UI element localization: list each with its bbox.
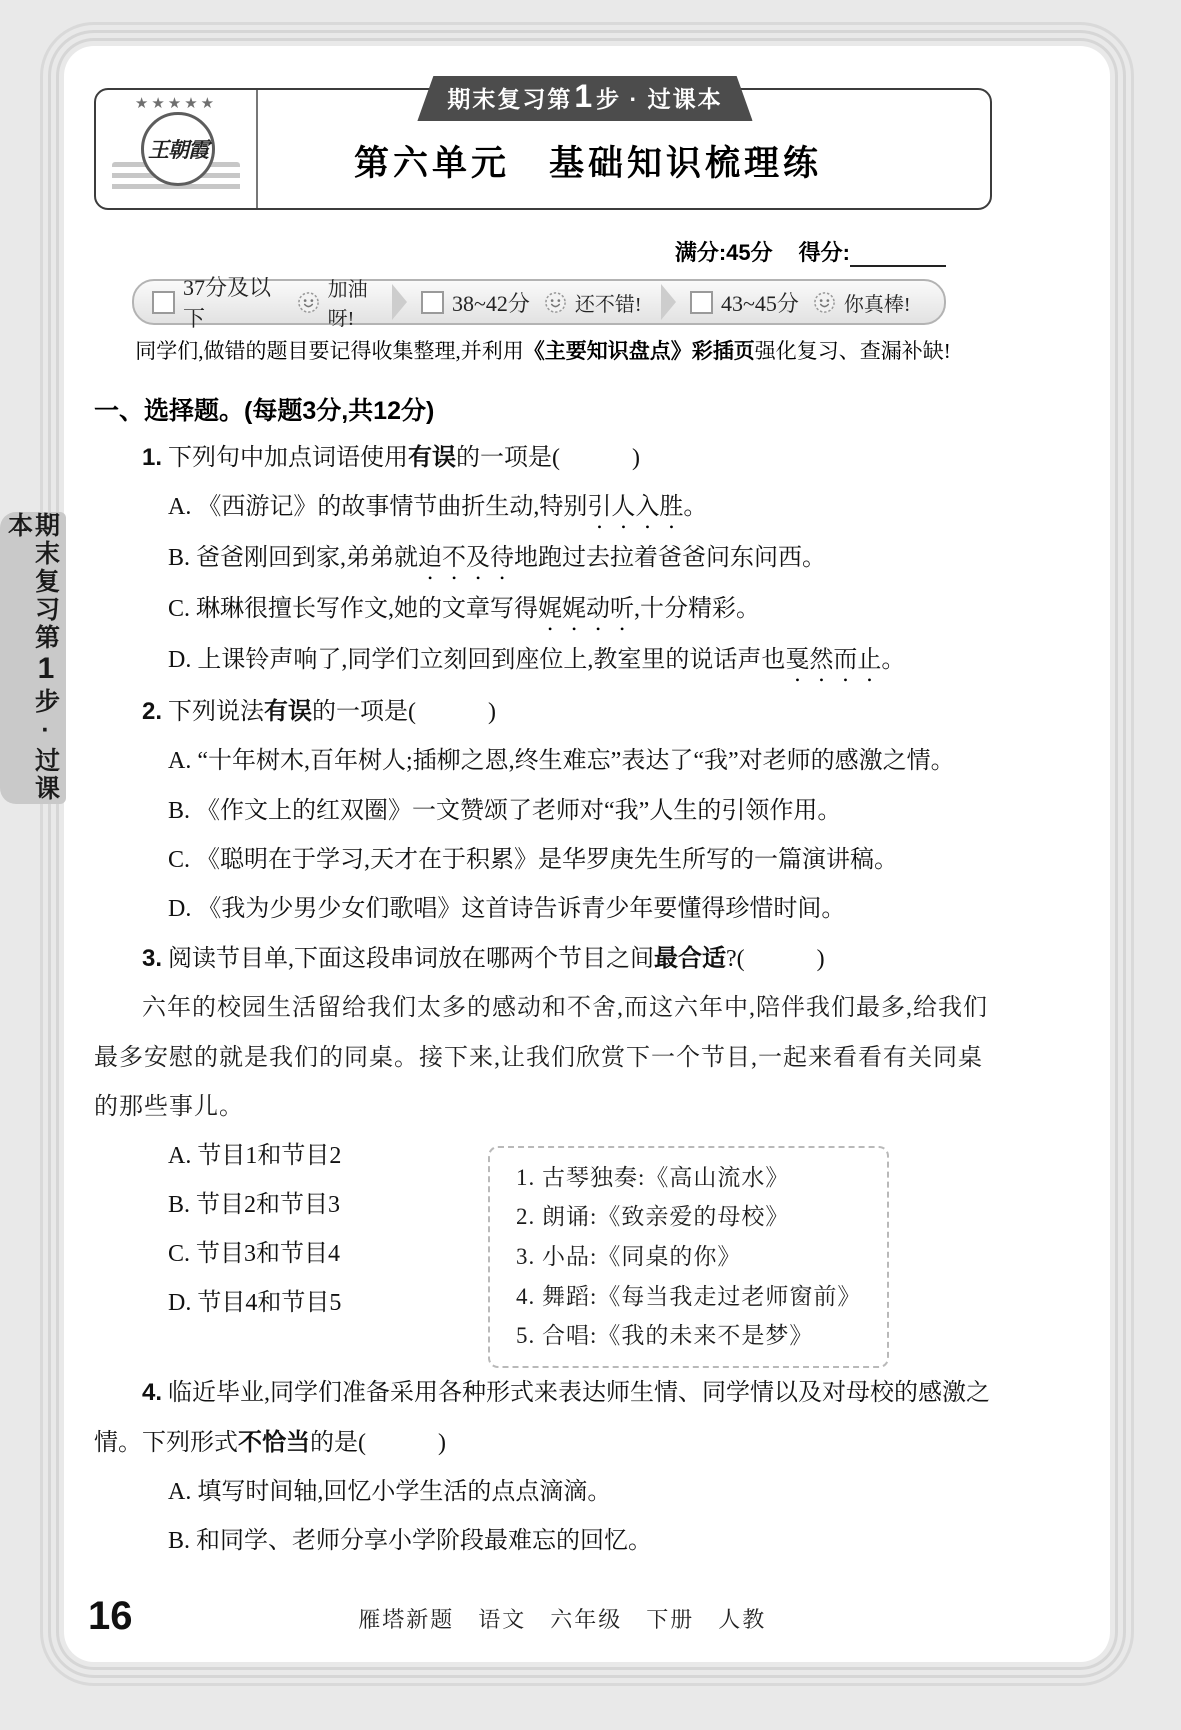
step-number: 1	[574, 82, 594, 111]
question-number: 3.	[142, 945, 162, 972]
option-row: D.节目4和节目5	[168, 1279, 474, 1328]
score-summary: 满分:45分得分:	[94, 236, 946, 267]
footer-credit: 雁塔新题 语文 六年级 下册 人教	[133, 1603, 993, 1636]
question-number: 4.	[142, 1379, 162, 1406]
option-row: B.《作文上的红双圈》一文赞颂了老师对“我”人生的引领作用。	[168, 787, 992, 836]
question-stem: 1.下列句中加点词语使用有误的一项是( )	[94, 433, 992, 483]
emphasized-phrase: 戛然而止	[785, 647, 881, 673]
notice-text: 同学们,做错的题目要记得收集整理,并利用《主要知识盘点》彩插页强化复习、查漏补缺…	[94, 335, 992, 365]
chevron-divider-icon	[661, 284, 676, 320]
question-4: 4.临近毕业,同学们准备采用各种形式来表达师生情、同学情以及对母校的感激之情。下…	[94, 1368, 992, 1567]
earned-score-blank	[850, 241, 946, 267]
program-item: 5. 合唱:《我的未来不是梦》	[516, 1316, 861, 1356]
page-number: 16	[88, 1596, 133, 1636]
chevron-divider-icon	[392, 284, 407, 320]
program-item: 2. 朗诵:《致亲爱的母校》	[516, 1197, 861, 1237]
option-row: C.《聪明在于学习,天才在于积累》是华罗庚先生所写的一篇演讲稿。	[168, 836, 992, 885]
program-item: 4. 舞蹈:《每当我走过老师窗前》	[516, 1277, 861, 1317]
option-row: A.“十年树木,百年树人;插柳之恩,终生难忘”表达了“我”对老师的感激之情。	[168, 737, 992, 786]
emphasized-phrase: 娓娓动听	[538, 596, 634, 622]
question-number: 2.	[142, 698, 162, 725]
program-list-box: 1. 古琴独奏:《高山流水》 2. 朗诵:《致亲爱的母校》 3. 小品:《同桌的…	[488, 1146, 889, 1368]
q3-passage: 六年的校园生活留给我们太多的感动和不舍,而这六年中,陪伴我们最多,给我们最多安慰…	[94, 984, 992, 1132]
program-item: 1. 古琴独奏:《高山流水》	[516, 1158, 861, 1198]
question-2: 2.下列说法有误的一项是( ) A.“十年树木,百年树人;插柳之恩,终生难忘”表…	[94, 687, 992, 934]
q3-options: A.节目1和节目2 B.节目2和节目3 C.节目3和节目4 D.节目4和节目5	[94, 1132, 474, 1329]
option-row: A.节目1和节目2	[168, 1132, 474, 1181]
logo-seal: 王朝霞	[141, 112, 215, 186]
option-row: B.节目2和节目3	[168, 1181, 474, 1230]
smiley-icon	[544, 291, 567, 314]
score-tier-high: 43~45分 你真棒!	[690, 287, 926, 318]
option-row: B.和同学、老师分享小学阶段最难忘的回忆。	[168, 1517, 992, 1566]
header-box: ★★★★★ 王朝霞 期末复习第1步 · 过课本 第六单元 基础知识梳理练	[94, 88, 992, 210]
smiley-icon	[813, 291, 836, 314]
emphasized-phrase: 迫不及待	[418, 545, 514, 571]
logo-stars-icon: ★★★★★	[110, 94, 242, 113]
option-row: A.填写时间轴,回忆小学生活的点点滴滴。	[168, 1468, 992, 1517]
option-row: B.爸爸刚回到家,弟弟就迫不及待地跑过去拉着爸爸问东问西。	[168, 534, 992, 585]
option-row: A.《西游记》的故事情节曲折生动,特别引人入胜。	[168, 483, 992, 534]
score-tier-low: 37分及以下 加油呀!	[152, 271, 388, 333]
step-badge: 期末复习第1步 · 过课本	[417, 76, 752, 121]
question-stem: 2.下列说法有误的一项是( )	[94, 687, 992, 737]
option-row: C.琳琳很擅长写作文,她的文章写得娓娓动听,十分精彩。	[168, 585, 992, 636]
side-step-tab-label: 期末复习第1步·过课本	[6, 512, 61, 804]
option-row: D.《我为少男少女们歌唱》这首诗告诉青少年要懂得珍惜时间。	[168, 885, 992, 934]
option-row: C.节目3和节目4	[168, 1230, 474, 1279]
question-stem: 3.阅读节目单,下面这段串词放在哪两个节目之间最合适?( )	[94, 934, 992, 984]
earned-score-label: 得分:	[799, 240, 850, 265]
side-step-tab: 期末复习第1步·过课本	[0, 512, 66, 804]
tier-checkbox[interactable]	[690, 291, 713, 314]
footer: 16 雁塔新题 语文 六年级 下册 人教	[88, 1596, 992, 1636]
question-1: 1.下列句中加点词语使用有误的一项是( ) A.《西游记》的故事情节曲折生动,特…	[94, 433, 992, 687]
question-stem: 4.临近毕业,同学们准备采用各种形式来表达师生情、同学情以及对母校的感激之情。下…	[94, 1368, 992, 1468]
emphasized-phrase: 引人入胜	[587, 494, 683, 520]
page-title: 第六单元 基础知识梳理练	[186, 136, 990, 186]
option-row: D.上课铃声响了,同学们立刻回到座位上,教室里的说话声也戛然而止。	[168, 636, 992, 687]
program-item: 3. 小品:《同桌的你》	[516, 1237, 861, 1277]
smiley-icon	[297, 291, 320, 314]
worksheet-page: ★★★★★ 王朝霞 期末复习第1步 · 过课本 第六单元 基础知识梳理练 满分:…	[64, 46, 1110, 1662]
question-3: 3.阅读节目单,下面这段串词放在哪两个节目之间最合适?( ) 六年的校园生活留给…	[94, 934, 992, 1367]
tier-checkbox[interactable]	[421, 291, 444, 314]
question-number: 1.	[142, 444, 162, 471]
tier-checkbox[interactable]	[152, 291, 175, 314]
full-score-label: 满分:45分	[675, 240, 773, 265]
score-tier-mid: 38~42分 还不错!	[421, 287, 657, 318]
section-heading: 一、选择题。(每题3分,共12分)	[94, 391, 992, 427]
score-tier-bar: 37分及以下 加油呀! 38~42分 还不错! 43~45分 你真棒!	[132, 279, 946, 325]
